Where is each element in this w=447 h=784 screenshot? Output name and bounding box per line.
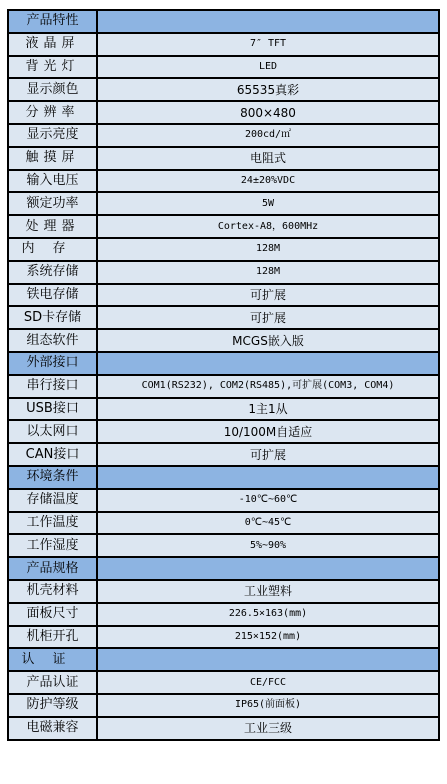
section-label: 产品规格 [8, 557, 97, 580]
row-label: 显示颜色 [8, 78, 97, 101]
table-row: 铁电存储 可扩展 [8, 284, 439, 307]
row-value: 7″ TFT [97, 33, 439, 56]
row-label: 额定功率 [8, 192, 97, 215]
table-row: 产品认证 CE/FCC [8, 671, 439, 694]
row-value: -10℃~60℃ [97, 489, 439, 512]
row-value: 1主1从 [97, 398, 439, 421]
row-value: 226.5×163(mm) [97, 603, 439, 626]
row-label: 机壳材料 [8, 580, 97, 603]
row-label: 铁电存储 [8, 284, 97, 307]
table-row: 面板尺寸 226.5×163(mm) [8, 603, 439, 626]
table-row: CAN接口 可扩展 [8, 443, 439, 466]
section-header-environment: 环境条件 [8, 466, 439, 489]
section-label: 环境条件 [8, 466, 97, 489]
row-label: 触摸屏 [8, 147, 97, 170]
row-value: 5%~90% [97, 534, 439, 557]
row-label: USB接口 [8, 398, 97, 421]
table-row: 机柜开孔 215×152(mm) [8, 626, 439, 649]
section-header-product-features: 产品特性 [8, 10, 439, 33]
row-label: 系统存储 [8, 261, 97, 284]
table-row: 处理器 Cortex-A8，600MHz [8, 215, 439, 238]
row-label: 处理器 [8, 215, 97, 238]
section-value [97, 648, 439, 671]
row-value: 可扩展 [97, 306, 439, 329]
row-value: COM1(RS232), COM2(RS485),可扩展(COM3, COM4) [97, 375, 439, 398]
row-value: 可扩展 [97, 284, 439, 307]
table-row: 串行接口 COM1(RS232), COM2(RS485),可扩展(COM3, … [8, 375, 439, 398]
row-label: 串行接口 [8, 375, 97, 398]
row-value: MCGS嵌入版 [97, 329, 439, 352]
table-row: 工作温度 0℃~45℃ [8, 512, 439, 535]
row-label: 分辨率 [8, 101, 97, 124]
row-value: CE/FCC [97, 671, 439, 694]
row-label: 工作温度 [8, 512, 97, 535]
table-row: 输入电压 24±20%VDC [8, 170, 439, 193]
table-row: 液晶屏 7″ TFT [8, 33, 439, 56]
table-row: 工作湿度 5%~90% [8, 534, 439, 557]
table-row: 防护等级 IP65(前面板) [8, 694, 439, 717]
section-value [97, 466, 439, 489]
row-value: 可扩展 [97, 443, 439, 466]
row-value: 200cd/㎡ [97, 124, 439, 147]
row-label: 电磁兼容 [8, 717, 97, 740]
table-row: SD卡存储 可扩展 [8, 306, 439, 329]
table-row: 机壳材料 工业塑料 [8, 580, 439, 603]
section-header-product-specs: 产品规格 [8, 557, 439, 580]
row-label: 液晶屏 [8, 33, 97, 56]
row-label: 工作湿度 [8, 534, 97, 557]
row-value: 128M [97, 261, 439, 284]
row-label: 防护等级 [8, 694, 97, 717]
row-value: 5W [97, 192, 439, 215]
table-row: 系统存储 128M [8, 261, 439, 284]
row-label: SD卡存储 [8, 306, 97, 329]
row-label: 机柜开孔 [8, 626, 97, 649]
row-value: 65535真彩 [97, 78, 439, 101]
section-label: 产品特性 [8, 10, 97, 33]
table-row: 触摸屏 电阻式 [8, 147, 439, 170]
table-row: 显示颜色 65535真彩 [8, 78, 439, 101]
row-label: 以太网口 [8, 420, 97, 443]
table-row: 电磁兼容 工业三级 [8, 717, 439, 740]
table-row: 内存 128M [8, 238, 439, 261]
row-label: 面板尺寸 [8, 603, 97, 626]
table-row: 分辨率 800×480 [8, 101, 439, 124]
row-value: 工业三级 [97, 717, 439, 740]
row-label: 内存 [8, 238, 97, 261]
row-label: 输入电压 [8, 170, 97, 193]
row-value: 128M [97, 238, 439, 261]
table-row: USB接口 1主1从 [8, 398, 439, 421]
row-label: CAN接口 [8, 443, 97, 466]
row-value: 电阻式 [97, 147, 439, 170]
table-row: 存储温度 -10℃~60℃ [8, 489, 439, 512]
row-label: 组态软件 [8, 329, 97, 352]
spec-table: 产品特性 液晶屏 7″ TFT 背光灯 LED 显示颜色 65535真彩 分辨率… [7, 9, 440, 741]
section-value [97, 352, 439, 375]
section-value [97, 557, 439, 580]
row-value: IP65(前面板) [97, 694, 439, 717]
section-header-certification: 认证 [8, 648, 439, 671]
section-label: 认证 [8, 648, 97, 671]
row-label: 背光灯 [8, 56, 97, 79]
row-value: LED [97, 56, 439, 79]
section-header-external-interfaces: 外部接口 [8, 352, 439, 375]
row-value: 215×152(mm) [97, 626, 439, 649]
row-value: 10/100M自适应 [97, 420, 439, 443]
row-value: Cortex-A8，600MHz [97, 215, 439, 238]
row-value: 工业塑料 [97, 580, 439, 603]
row-label: 显示亮度 [8, 124, 97, 147]
table-row: 背光灯 LED [8, 56, 439, 79]
table-row: 组态软件 MCGS嵌入版 [8, 329, 439, 352]
table-row: 以太网口 10/100M自适应 [8, 420, 439, 443]
section-value [97, 10, 439, 33]
row-value: 800×480 [97, 101, 439, 124]
row-value: 24±20%VDC [97, 170, 439, 193]
row-value: 0℃~45℃ [97, 512, 439, 535]
table-row: 额定功率 5W [8, 192, 439, 215]
row-label: 产品认证 [8, 671, 97, 694]
row-label: 存储温度 [8, 489, 97, 512]
table-row: 显示亮度 200cd/㎡ [8, 124, 439, 147]
section-label: 外部接口 [8, 352, 97, 375]
